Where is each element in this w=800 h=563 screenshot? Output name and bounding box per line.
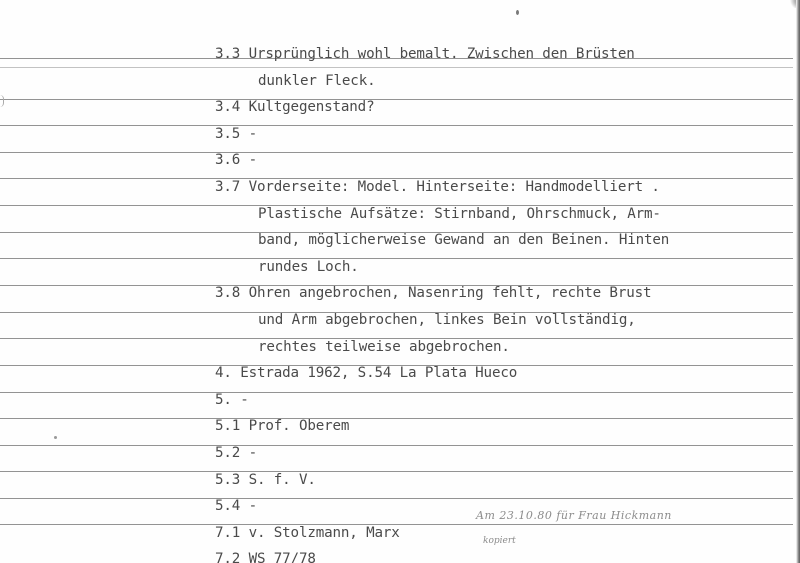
entry-text: -: [249, 152, 257, 168]
entry-continuation-line: band, möglicherweise Gewand an den Beine…: [258, 232, 669, 248]
entry-continuation-line: rechtes teilweise abgebrochen.: [258, 339, 510, 355]
entry-line: 5.3 S. f. V.: [215, 472, 316, 488]
entry-line: 3.3 Ursprünglich wohl bemalt. Zwischen d…: [215, 46, 635, 62]
entry-continuation-line: Plastische Aufsätze: Stirnband, Ohrschmu…: [258, 206, 661, 222]
entry-line: 3.4 Kultgegenstand?: [215, 99, 374, 115]
entry-number: 5.: [215, 392, 232, 408]
entry-line: 7.1 v. Stolzmann, Marx: [215, 525, 400, 541]
entry-number: 5.2: [215, 445, 240, 461]
entry-continuation-line: rundes Loch.: [258, 259, 359, 275]
entry-number: 5.4: [215, 498, 240, 514]
entry-number: 5.1: [215, 418, 240, 434]
entry-text: v. Stolzmann, Marx: [249, 525, 400, 541]
entry-number: 3.3: [215, 46, 240, 62]
entry-text: WS 77/78: [249, 551, 316, 563]
margin-mark: [0, 95, 4, 107]
index-card: 3.3 Ursprünglich wohl bemalt. Zwischen d…: [0, 0, 800, 563]
ink-speck: [516, 10, 519, 15]
entry-line: 4. Estrada 1962, S.54 La Plata Hueco: [215, 365, 517, 381]
handwritten-status: kopiert: [483, 536, 516, 546]
entry-text: Prof. Oberem: [249, 418, 350, 434]
handwritten-note: Am 23.10.80 für Frau Hickmann: [476, 509, 672, 522]
ruled-line: [0, 99, 793, 100]
entry-number: 3.4: [215, 99, 240, 115]
ruled-line: [0, 392, 793, 393]
ink-speck: [54, 436, 57, 439]
entry-number: 3.5: [215, 126, 240, 142]
entry-line: 7.2 WS 77/78: [215, 551, 316, 563]
entry-text: Ursprünglich wohl bemalt. Zwischen den B…: [249, 46, 635, 62]
ruled-line: [0, 418, 793, 419]
ruled-line: [0, 125, 793, 126]
entry-line: 3.6 -: [215, 152, 257, 168]
entry-line: 5. -: [215, 392, 249, 408]
entry-text: -: [249, 126, 257, 142]
entry-number: 3.8: [215, 285, 240, 301]
entry-text: Vorderseite: Model. Hinterseite: Handmod…: [249, 179, 660, 195]
entry-text: Estrada 1962, S.54 La Plata Hueco: [240, 365, 517, 381]
entry-number: 3.7: [215, 179, 240, 195]
card-edge: [796, 0, 800, 563]
entry-number: 7.1: [215, 525, 240, 541]
entry-continuation-line: dunkler Fleck.: [258, 73, 375, 89]
entry-text: -: [249, 498, 257, 514]
entry-text: -: [240, 392, 248, 408]
entry-text: -: [249, 445, 257, 461]
ruled-line: [0, 498, 793, 499]
entry-text: Kultgegenstand?: [249, 99, 375, 115]
entry-number: 3.6: [215, 152, 240, 168]
entry-number: 5.3: [215, 472, 240, 488]
entry-line: 3.7 Vorderseite: Model. Hinterseite: Han…: [215, 179, 660, 195]
ruled-line: [0, 258, 793, 259]
ruled-line: [0, 471, 793, 472]
entry-line: 3.5 -: [215, 126, 257, 142]
entry-number: 4.: [215, 365, 232, 381]
entry-number: 7.2: [215, 551, 240, 563]
entry-text: Ohren angebrochen, Nasenring fehlt, rech…: [249, 285, 652, 301]
entry-line: 5.2 -: [215, 445, 257, 461]
entry-line: 5.4 -: [215, 498, 257, 514]
entry-line: 5.1 Prof. Oberem: [215, 418, 349, 434]
ruled-line: [0, 67, 793, 68]
ruled-line: [0, 152, 793, 153]
entry-line: 3.8 Ohren angebrochen, Nasenring fehlt, …: [215, 285, 651, 301]
entry-continuation-line: und Arm abgebrochen, linkes Bein vollstä…: [258, 312, 636, 328]
ruled-line: [0, 445, 793, 446]
entry-text: S. f. V.: [249, 472, 316, 488]
